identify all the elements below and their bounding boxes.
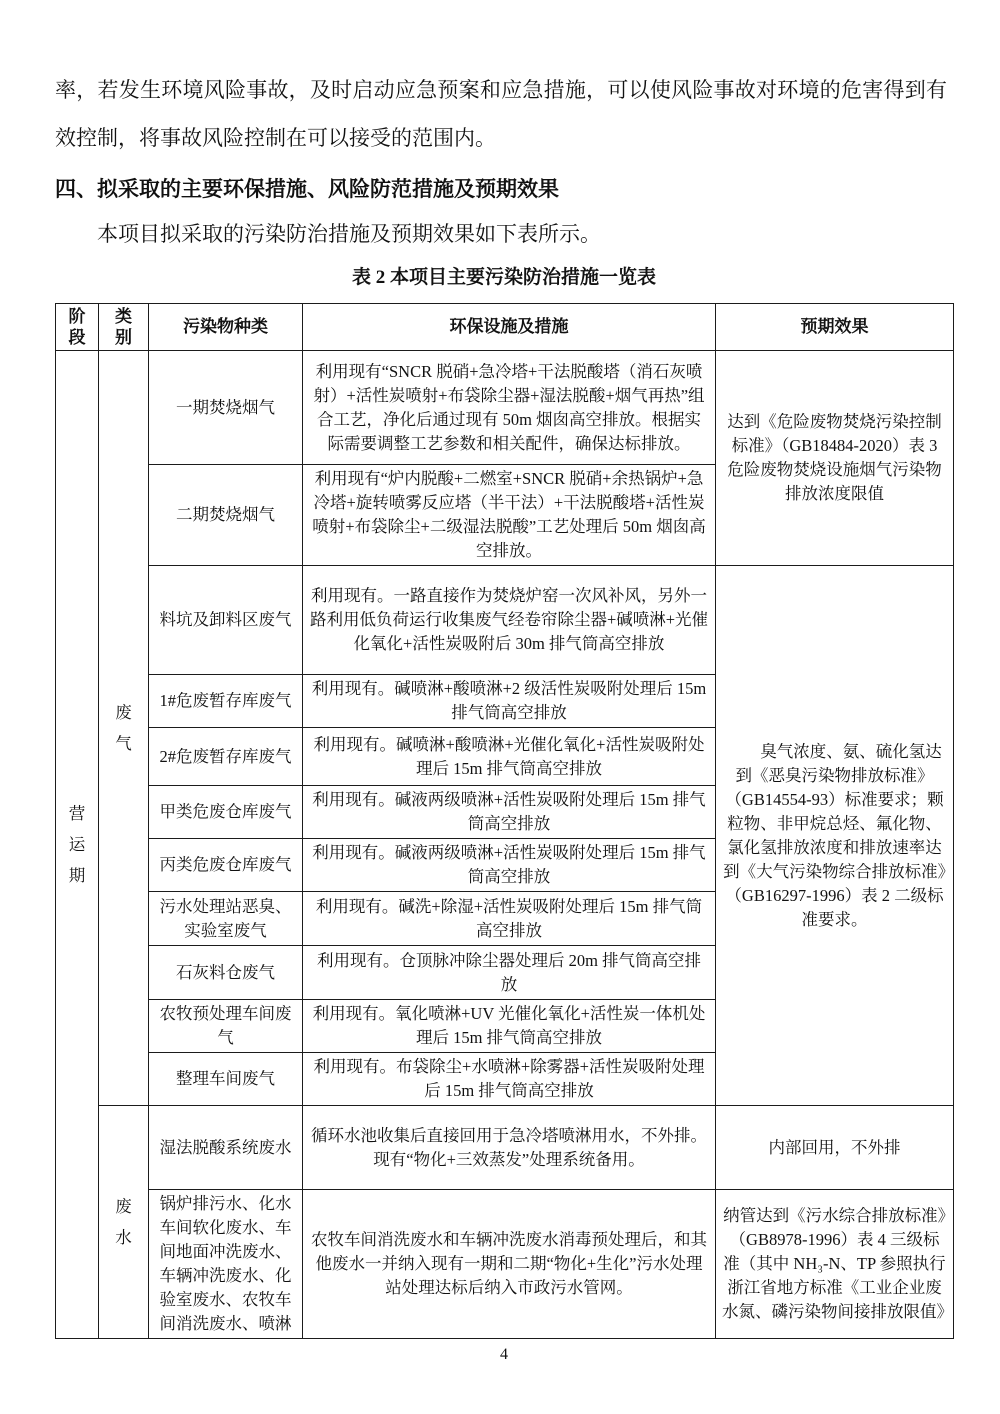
- pollutant-cell: 2#危废暂存库废气: [149, 728, 303, 786]
- page-number: 4: [55, 1345, 953, 1365]
- measure-cell: 利用现有“SNCR 脱硝+急冷塔+干法脱酸塔（消石灰喷射）+活性炭喷射+布袋除尘…: [303, 351, 716, 465]
- effect-cell: 纳管达到《污水综合排放标准》（GB8978-1996）表 4 三级标准（其中 N…: [716, 1190, 954, 1339]
- header-effect: 预期效果: [716, 304, 954, 351]
- header-category-label: 类别: [114, 306, 134, 348]
- measure-cell: 利用现有“炉内脱酸+二燃室+SNCR 脱硝+余热锅炉+急冷塔+旋转喷雾反应塔（半…: [303, 465, 716, 566]
- intro-paragraph: 率，若发生环境风险事故，及时启动应急预案和应急措施，可以使风险事故对环境的危害得…: [55, 66, 947, 162]
- measure-cell: 利用现有。氧化喷淋+UV 光催化氧化+活性炭一体机处理后 15m 排气筒高空排放: [303, 1000, 716, 1053]
- measure-cell: 农牧车间消洗废水和车辆冲洗废水消毒预处理后，和其他废水一并纳入现有一期和二期“物…: [303, 1190, 716, 1339]
- measure-cell: 利用现有。碱液两级喷淋+活性炭吸附处理后 15m 排气筒高空排放: [303, 839, 716, 892]
- measure-cell: 利用现有。碱喷淋+酸喷淋+2 级活性炭吸附处理后 15m 排气筒高空排放: [303, 675, 716, 728]
- header-stage: 阶段: [56, 304, 99, 351]
- header-category: 类别: [99, 304, 149, 351]
- category-water-cell: 废水: [99, 1106, 149, 1339]
- pollutant-cell: 石灰料仓废气: [149, 946, 303, 1000]
- pollutant-cell: 丙类危废仓库废气: [149, 839, 303, 892]
- table-row: 锅炉排污水、化水车间软化废水、车间地面冲洗废水、车辆冲洗废水、化验室废水、农牧车…: [56, 1190, 954, 1339]
- measure-cell: 循环水池收集后直接回用于急冷塔喷淋用水，不外排。现有“物化+三效蒸发”处理系统备…: [303, 1106, 716, 1190]
- header-measures: 环保设施及措施: [303, 304, 716, 351]
- category-water-label: 废水: [114, 1191, 133, 1253]
- header-stage-label: 阶段: [67, 306, 87, 348]
- effect-cell: 臭气浓度、氨、硫化氢达到《恶臭污染物排放标准》（GB14554-93）标准要求；…: [716, 566, 954, 1106]
- pollutant-cell: 甲类危废仓库废气: [149, 786, 303, 839]
- pollutant-cell: 湿法脱酸系统废水: [149, 1106, 303, 1190]
- stage-cell: 营运期: [56, 351, 99, 1339]
- stage-label: 营运期: [68, 798, 87, 891]
- table-row: 废水 湿法脱酸系统废水 循环水池收集后直接回用于急冷塔喷淋用水，不外排。现有“物…: [56, 1106, 954, 1190]
- measure-cell: 利用现有。碱喷淋+酸喷淋+光催化氧化+活性炭吸附处理后 15m 排气筒高空排放: [303, 728, 716, 786]
- effect-cell: 内部回用，不外排: [716, 1106, 954, 1190]
- measure-cell: 利用现有。仓顶脉冲除尘器处理后 20m 排气筒高空排放: [303, 946, 716, 1000]
- table-row: 料坑及卸料区废气 利用现有。一路直接作为焚烧炉窑一次风补风，另外一路利用低负荷运…: [56, 566, 954, 675]
- pollution-measures-table: 阶段 类别 污染物种类 环保设施及措施 预期效果 营运期 废气 一期焚烧烟气 利…: [55, 303, 954, 1339]
- table-header-row: 阶段 类别 污染物种类 环保设施及措施 预期效果: [56, 304, 954, 351]
- document-page: 率，若发生环境风险事故，及时启动应急预案和应急措施，可以使风险事故对环境的危害得…: [0, 0, 1000, 1414]
- pollutant-cell: 锅炉排污水、化水车间软化废水、车间地面冲洗废水、车辆冲洗废水、化验室废水、农牧车…: [149, 1190, 303, 1339]
- header-pollutant: 污染物种类: [149, 304, 303, 351]
- pollutant-cell: 一期焚烧烟气: [149, 351, 303, 465]
- pollutant-cell: 1#危废暂存库废气: [149, 675, 303, 728]
- pollutant-cell: 农牧预处理车间废气: [149, 1000, 303, 1053]
- measure-cell: 利用现有。碱液两级喷淋+活性炭吸附处理后 15m 排气筒高空排放: [303, 786, 716, 839]
- measure-cell: 利用现有。一路直接作为焚烧炉窑一次风补风，另外一路利用低负荷运行收集废气经卷帘除…: [303, 566, 716, 675]
- table-title: 表 2 本项目主要污染防治措施一览表: [55, 266, 953, 290]
- effect-cell: 达到《危险废物焚烧污染控制标准》（GB18484-2020）表 3 危险废物焚烧…: [716, 351, 954, 566]
- measure-cell: 利用现有。碱洗+除湿+活性炭吸附处理后 15m 排气筒高空排放: [303, 892, 716, 946]
- pollutant-cell: 整理车间废气: [149, 1053, 303, 1106]
- measure-cell: 利用现有。布袋除尘+水喷淋+除雾器+活性炭吸附处理后 15m 排气筒高空排放: [303, 1053, 716, 1106]
- section-heading: 四、拟采取的主要环保措施、风险防范措施及预期效果: [55, 173, 953, 206]
- pollutant-cell: 二期焚烧烟气: [149, 465, 303, 566]
- pollutant-cell: 料坑及卸料区废气: [149, 566, 303, 675]
- pollutant-cell: 污水处理站恶臭、实验室废气: [149, 892, 303, 946]
- category-gas-cell: 废气: [99, 351, 149, 1106]
- lead-paragraph: 本项目拟采取的污染防治措施及预期效果如下表所示。: [55, 218, 953, 251]
- category-gas-label: 废气: [114, 697, 133, 759]
- table-row: 营运期 废气 一期焚烧烟气 利用现有“SNCR 脱硝+急冷塔+干法脱酸塔（消石灰…: [56, 351, 954, 465]
